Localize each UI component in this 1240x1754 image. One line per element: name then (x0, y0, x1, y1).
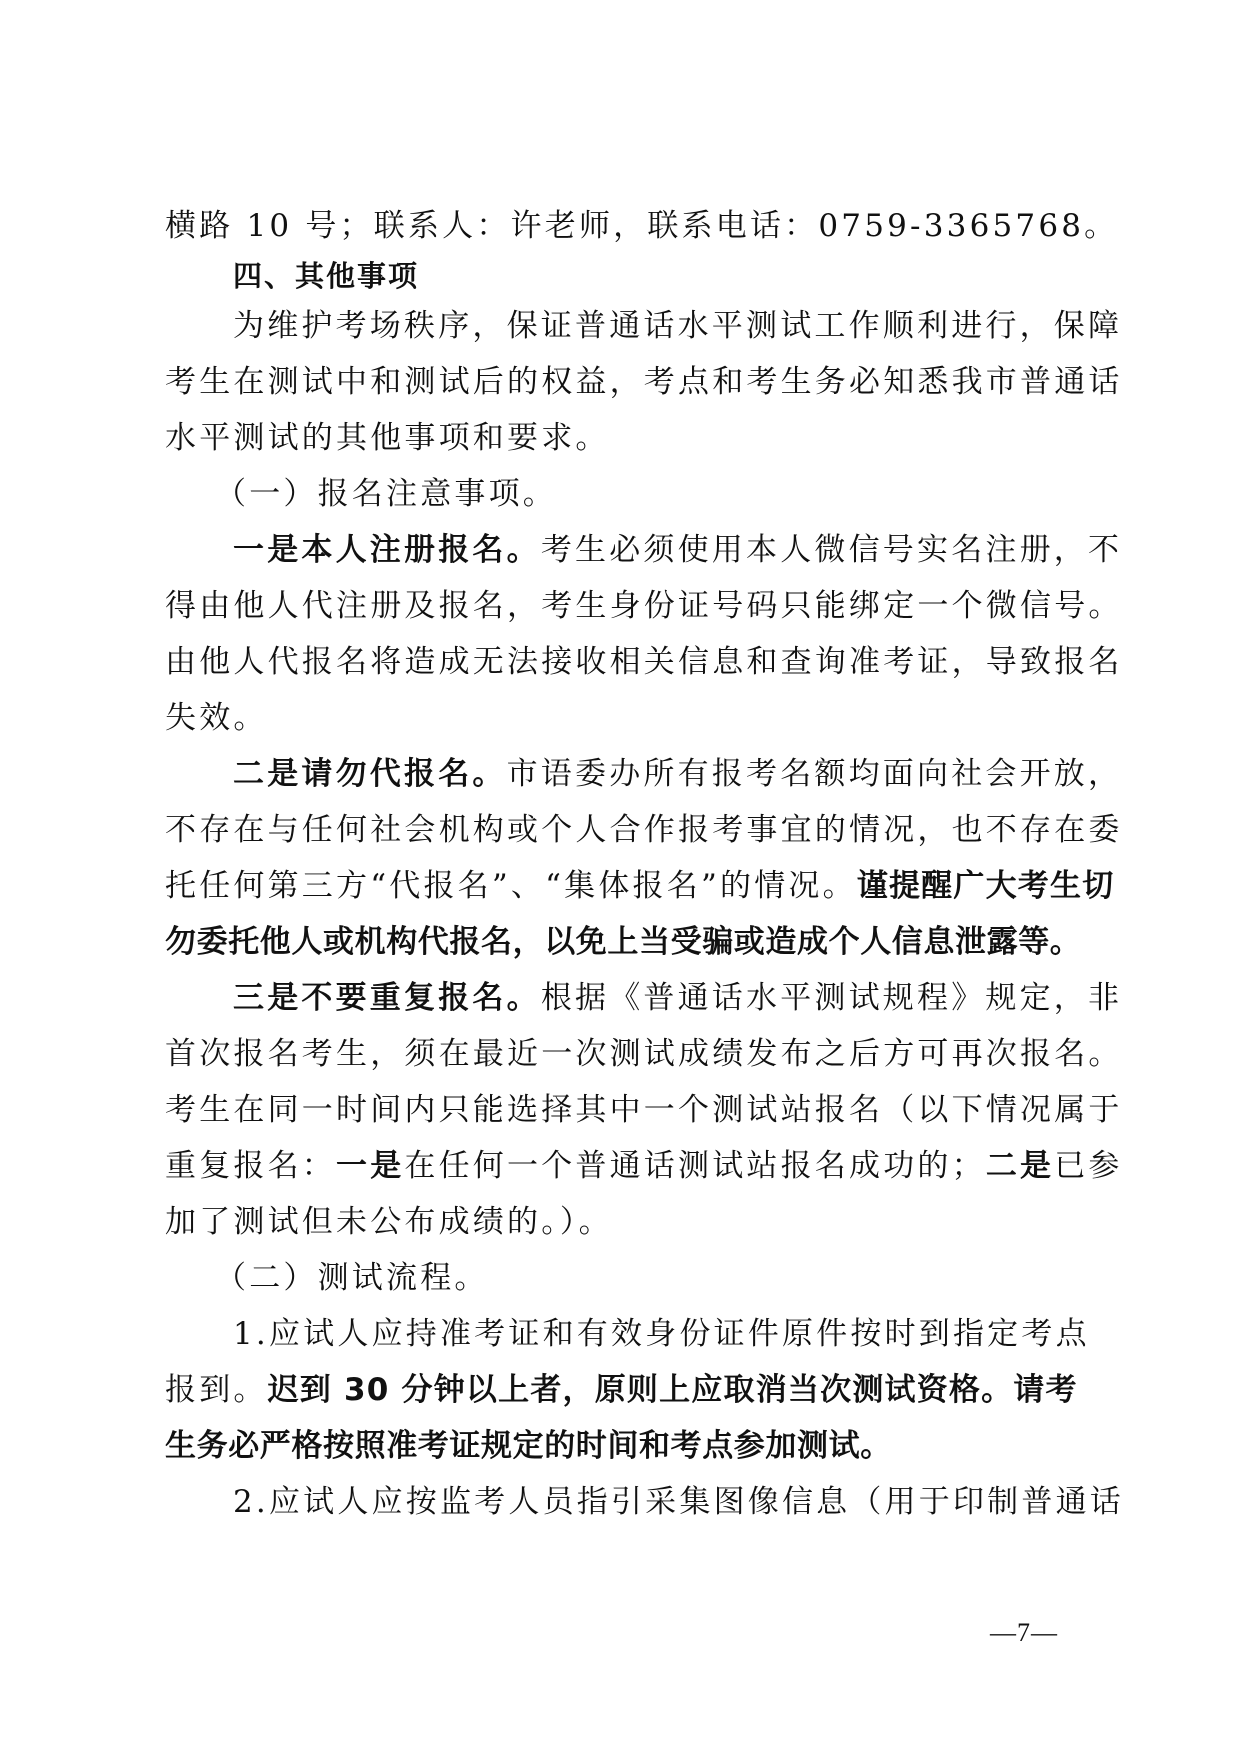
document-page: 横路 10 号；联系人：许老师，联系电话：0759-3365768。 四、其他事… (0, 0, 1240, 1754)
text-line: 重复报名：一是在任何一个普通话测试站报名成功的；二是已参 (165, 1138, 1085, 1194)
text-segment: 报到。 (165, 1372, 268, 1408)
bold-warning-line: 生务必严格按照准考证规定的时间和考点参加测试。 (165, 1418, 1085, 1474)
text-segment: 已参 (1054, 1148, 1122, 1184)
text-segment: 得由他人代注册及报名，考生身份证号码只能绑定一个微信号。 (165, 588, 1123, 624)
text-line: 为维护考场秩序，保证普通话水平测试工作顺利进行，保障 (233, 298, 1085, 354)
bold-warning: 谨提醒广大考生切 (857, 868, 1115, 904)
text-line: 2.应试人应按监考人员指引采集图像信息（用于印制普通话 (233, 1474, 1085, 1530)
text-segment: 失效。 (165, 700, 268, 736)
text-segment: 不存在与任何社会机构或个人合作报考事宜的情况，也不存在委 (165, 812, 1123, 848)
bold-lead: 二是请勿代报名。 (233, 756, 507, 792)
text-line: 水平测试的其他事项和要求。 (165, 410, 1085, 466)
section-heading-text: 四、其他事项 (233, 259, 419, 293)
text-segment: 重复报名： (165, 1148, 336, 1184)
text-segment: 考生在测试中和测试后的权益，考点和考生务必知悉我市普通话 (165, 364, 1123, 400)
text-line: 三是不要重复报名。根据《普通话水平测试规程》规定，非 (233, 970, 1085, 1026)
text-segment: 首次报名考生，须在最近一次测试成绩发布之后方可再次报名。 (165, 1036, 1123, 1072)
text-line: 横路 10 号；联系人：许老师，联系电话：0759-3365768。 (165, 198, 1085, 254)
text-segment: 市语委办所有报考名额均面向社会开放， (507, 756, 1123, 792)
subsection-heading: （二）测试流程。 (215, 1250, 1067, 1306)
text-line: 加了测试但未公布成绩的。）。 (165, 1194, 1085, 1250)
bold-warning: 迟到 30 分钟以上者，原则上应取消当次测试资格。请考 (268, 1372, 1078, 1408)
text-segment: 由他人代报名将造成无法接收相关信息和查询准考证，导致报名 (165, 644, 1123, 680)
text-line: 不存在与任何社会机构或个人合作报考事宜的情况，也不存在委 (165, 802, 1085, 858)
text-line: 首次报名考生，须在最近一次测试成绩发布之后方可再次报名。 (165, 1026, 1085, 1082)
section-heading: 四、其他事项 (233, 248, 1085, 304)
subsection-heading: （一）报名注意事项。 (215, 466, 1067, 522)
text-segment: 1.应试人应持准考证和有效身份证件原件按时到指定考点 (233, 1316, 1090, 1352)
bold-inline: 二是 (986, 1148, 1054, 1184)
bold-warning: 勿委托他人或机构代报名，以免上当受骗或造成个人信息泄露等。 (165, 924, 1081, 960)
text-line: 得由他人代注册及报名，考生身份证号码只能绑定一个微信号。 (165, 578, 1085, 634)
text-line: 考生在测试中和测试后的权益，考点和考生务必知悉我市普通话 (165, 354, 1085, 410)
bold-lead: 一是本人注册报名。 (233, 532, 541, 568)
text-line: 1.应试人应持准考证和有效身份证件原件按时到指定考点 (233, 1306, 1085, 1362)
text-segment: 横路 10 号；联系人：许老师，联系电话：0759-3365768。 (165, 208, 1118, 244)
text-segment: 根据《普通话水平测试规程》规定，非 (541, 980, 1122, 1016)
text-line: 一是本人注册报名。考生必须使用本人微信号实名注册，不 (233, 522, 1085, 578)
subsection-heading-text: （二）测试流程。 (215, 1260, 489, 1296)
text-segment: 水平测试的其他事项和要求。 (165, 420, 610, 456)
bold-inline: 一是 (336, 1148, 404, 1184)
text-segment: 2.应试人应按监考人员指引采集图像信息（用于印制普通话 (233, 1484, 1124, 1520)
text-line: 由他人代报名将造成无法接收相关信息和查询准考证，导致报名 (165, 634, 1085, 690)
subsection-heading-text: （一）报名注意事项。 (215, 476, 557, 512)
page-number: —7— (990, 1613, 1058, 1653)
text-segment: 托任何第三方“代报名”、“集体报名”的情况。 (165, 868, 857, 904)
text-line: 托任何第三方“代报名”、“集体报名”的情况。谨提醒广大考生切 (165, 858, 1085, 914)
bold-lead: 三是不要重复报名。 (233, 980, 541, 1016)
bold-warning-line: 勿委托他人或机构代报名，以免上当受骗或造成个人信息泄露等。 (165, 914, 1085, 970)
text-line: 考生在同一时间内只能选择其中一个测试站报名（以下情况属于 (165, 1082, 1085, 1138)
text-segment: 加了测试但未公布成绩的。）。 (165, 1204, 613, 1240)
text-segment: 为维护考场秩序，保证普通话水平测试工作顺利进行，保障 (233, 308, 1122, 344)
text-segment: 考生在同一时间内只能选择其中一个测试站报名（以下情况属于 (165, 1092, 1123, 1128)
text-line: 二是请勿代报名。市语委办所有报考名额均面向社会开放， (233, 746, 1085, 802)
text-segment: 在任何一个普通话测试站报名成功的； (404, 1148, 985, 1184)
text-segment: 考生必须使用本人微信号实名注册，不 (541, 532, 1122, 568)
text-line: 报到。迟到 30 分钟以上者，原则上应取消当次测试资格。请考 (165, 1362, 1085, 1418)
bold-warning: 生务必严格按照准考证规定的时间和考点参加测试。 (165, 1428, 892, 1464)
text-line: 失效。 (165, 690, 1085, 746)
